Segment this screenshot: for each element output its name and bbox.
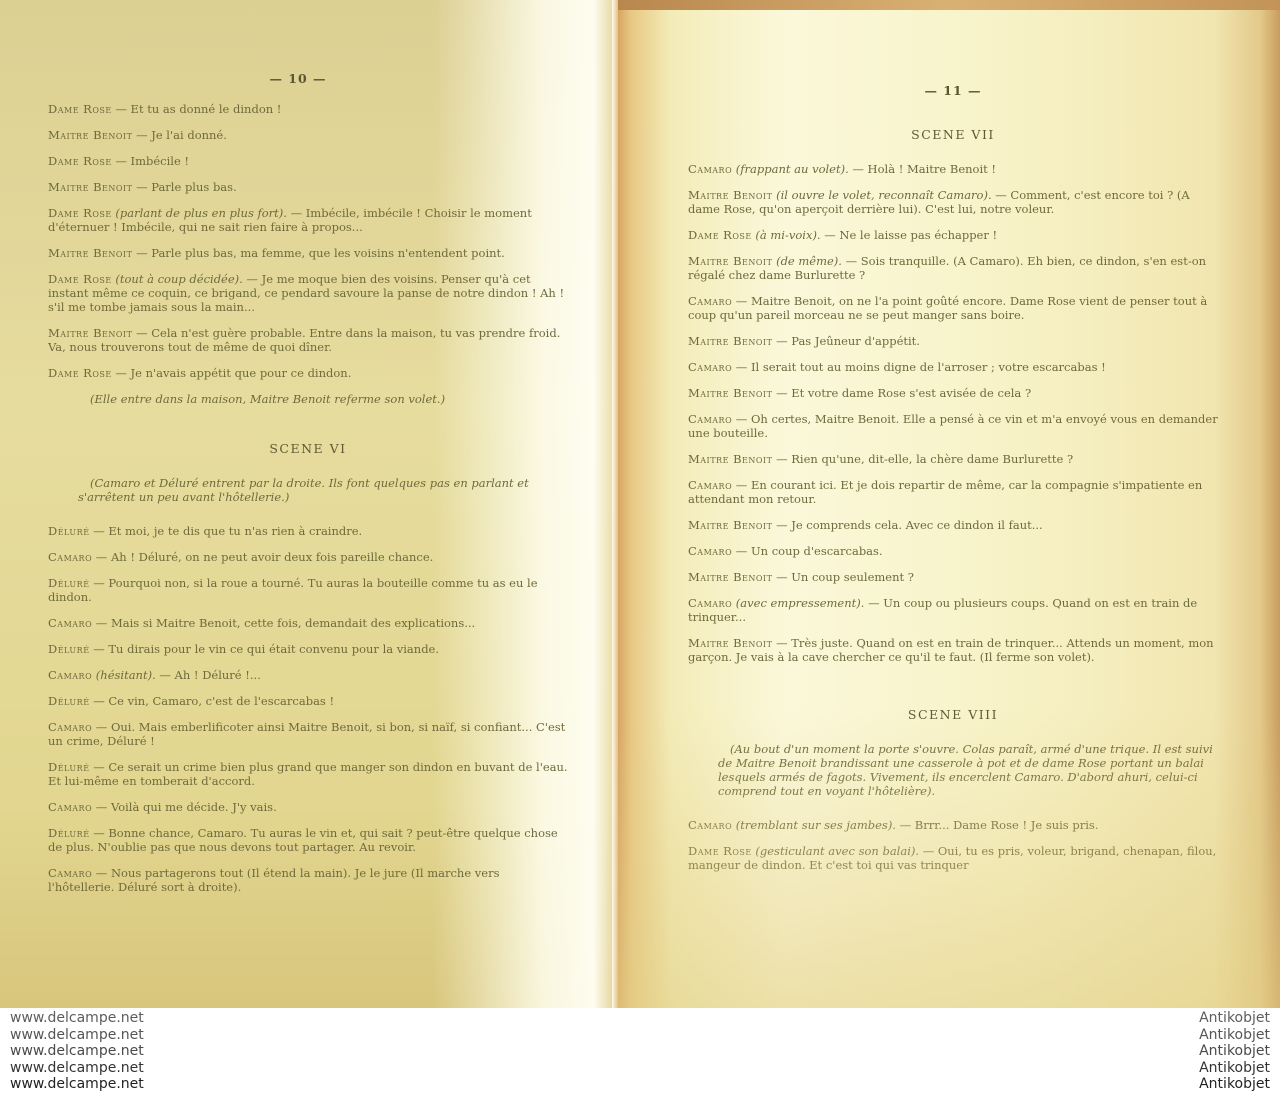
dialogue-line: Déluré — Pourquoi non, si la roue a tour… xyxy=(48,576,568,604)
speaker-name: Camaro xyxy=(48,668,92,682)
dialogue-line: Maitre Benoit — Parle plus bas, ma femme… xyxy=(48,246,568,260)
dialogue-line: Camaro — Voilà qui me décide. J'y vais. xyxy=(48,800,568,814)
dialogue-block: Déluré — Et moi, je te dis que tu n'as r… xyxy=(48,524,568,894)
dialogue-text: — Parle plus bas. xyxy=(136,180,237,194)
speaker-name: Maitre Benoit xyxy=(688,570,772,584)
dialogue-line: Dame Rose (tout à coup décidée). — Je me… xyxy=(48,272,568,314)
speaker-name: Maitre Benoit xyxy=(688,518,772,532)
speaker-name: Maitre Benoit xyxy=(688,334,772,348)
speaker-name: Déluré xyxy=(48,642,90,656)
stage-note: (tremblant sur ses jambes). xyxy=(736,818,896,832)
watermark-line: www.delcampe.net xyxy=(10,1010,144,1027)
book-photo: — 10 — Dame Rose — Et tu as donné le din… xyxy=(0,0,1280,1008)
antikobjet-watermark: AntikobjetAntikobjetAntikobjetAntikobjet… xyxy=(1199,1010,1270,1093)
speaker-name: Camaro xyxy=(688,596,732,610)
dialogue-text: — Parle plus bas, ma femme, que les vois… xyxy=(136,246,505,260)
dialogue-text: — Rien qu'une, dit-elle, la chère dame B… xyxy=(776,452,1073,466)
dialogue-line: Dame Rose — Je n'avais appétit que pour … xyxy=(48,366,568,380)
dialogue-line: Maitre Benoit (il ouvre le volet, reconn… xyxy=(688,188,1218,216)
dialogue-text: — Et votre dame Rose s'est avisée de cel… xyxy=(776,386,1031,400)
dialogue-text: — Tu dirais pour le vin ce qui était con… xyxy=(93,642,439,656)
dialogue-line: Dame Rose (gesticulant avec son balai). … xyxy=(688,844,1218,872)
dialogue-line: Maitre Benoit — Je l'ai donné. xyxy=(48,128,568,142)
watermark-line: Antikobjet xyxy=(1199,1076,1270,1093)
dialogue-line: Camaro (avec empressement). — Un coup ou… xyxy=(688,596,1218,624)
speaker-name: Dame Rose xyxy=(688,844,752,858)
scene-direction: (Au bout d'un moment la porte s'ouvre. C… xyxy=(718,742,1218,798)
dialogue-line: Déluré — Bonne chance, Camaro. Tu auras … xyxy=(48,826,568,854)
stage-note: (avec empressement). xyxy=(736,596,865,610)
speaker-name: Camaro xyxy=(48,550,92,564)
watermark-line: www.delcampe.net xyxy=(10,1043,144,1060)
speaker-name: Déluré xyxy=(48,694,90,708)
speaker-name: Déluré xyxy=(48,826,90,840)
speaker-name: Maitre Benoit xyxy=(48,246,132,260)
dialogue-text: — Ce serait un crime bien plus grand que… xyxy=(48,760,568,788)
watermark-line: Antikobjet xyxy=(1199,1027,1270,1044)
speaker-name: Camaro xyxy=(48,866,92,880)
dialogue-text: — Holà ! Maitre Benoit ! xyxy=(852,162,996,176)
speaker-name: Dame Rose xyxy=(48,206,112,220)
stage-note: (tout à coup décidée). xyxy=(115,272,242,286)
dialogue-line: Dame Rose — Imbécile ! xyxy=(48,154,568,168)
speaker-name: Camaro xyxy=(688,162,732,176)
speaker-name: Déluré xyxy=(48,524,90,538)
dialogue-text: — Je comprends cela. Avec ce dindon il f… xyxy=(776,518,1043,532)
speaker-name: Dame Rose xyxy=(48,102,112,116)
dialogue-text: — Nous partagerons tout (Il étend la mai… xyxy=(48,866,500,894)
dialogue-line: Maitre Benoit — Cela n'est guère probabl… xyxy=(48,326,568,354)
dialogue-line: Camaro — Il serait tout au moins digne d… xyxy=(688,360,1218,374)
dialogue-line: Camaro — Maitre Benoit, on ne l'a point … xyxy=(688,294,1218,322)
dialogue-line: Maitre Benoit — Et votre dame Rose s'est… xyxy=(688,386,1218,400)
dialogue-text: — Oh certes, Maitre Benoit. Elle a pensé… xyxy=(688,412,1218,440)
watermark-strip: www.delcampe.netwww.delcampe.netwww.delc… xyxy=(0,1008,1280,1094)
dialogue-line: Camaro — Ah ! Déluré, on ne peut avoir d… xyxy=(48,550,568,564)
dialogue-text: — Maitre Benoit, on ne l'a point goûté e… xyxy=(688,294,1207,322)
stage-note: (hésitant). xyxy=(96,668,156,682)
dialogue-text: — Je l'ai donné. xyxy=(136,128,227,142)
speaker-name: Maitre Benoit xyxy=(688,386,772,400)
dialogue-line: Déluré — Tu dirais pour le vin ce qui ét… xyxy=(48,642,568,656)
speaker-name: Déluré xyxy=(48,576,90,590)
speaker-name: Maitre Benoit xyxy=(48,326,132,340)
speaker-name: Dame Rose xyxy=(688,228,752,242)
speaker-name: Maitre Benoit xyxy=(48,128,132,142)
dialogue-text: — Bonne chance, Camaro. Tu auras le vin … xyxy=(48,826,558,854)
watermark-line: Antikobjet xyxy=(1199,1060,1270,1077)
left-page: — 10 — Dame Rose — Et tu as donné le din… xyxy=(0,0,618,1008)
dialogue-line: Maitre Benoit (de même). — Sois tranquil… xyxy=(688,254,1218,282)
dialogue-line: Camaro — Nous partagerons tout (Il étend… xyxy=(48,866,568,894)
speaker-name: Camaro xyxy=(688,294,732,308)
speaker-name: Maitre Benoit xyxy=(688,254,772,268)
dialogue-block: Camaro (frappant au volet). — Holà ! Mai… xyxy=(688,162,1218,664)
scene-title: SCENE VI xyxy=(48,442,568,456)
dialogue-text: — Mais si Maitre Benoit, cette fois, dem… xyxy=(96,616,475,630)
dialogue-line: Maitre Benoit — Un coup seulement ? xyxy=(688,570,1218,584)
speaker-name: Maitre Benoit xyxy=(48,180,132,194)
dialogue-line: Camaro (hésitant). — Ah ! Déluré !... xyxy=(48,668,568,682)
speaker-name: Camaro xyxy=(688,478,732,492)
dialogue-line: Dame Rose (parlant de plus en plus fort)… xyxy=(48,206,568,234)
stage-note: (frappant au volet). xyxy=(736,162,849,176)
speaker-name: Déluré xyxy=(48,760,90,774)
dialogue-text: — Brrr... Dame Rose ! Je suis pris. xyxy=(900,818,1099,832)
dialogue-line: Maitre Benoit — Très juste. Quand on est… xyxy=(688,636,1218,664)
watermark-line: Antikobjet xyxy=(1199,1010,1270,1027)
dialogue-text: — Ne le laisse pas échapper ! xyxy=(824,228,997,242)
dialogue-line: Maitre Benoit — Rien qu'une, dit-elle, l… xyxy=(688,452,1218,466)
dialogue-block: Camaro (tremblant sur ses jambes). — Brr… xyxy=(688,818,1218,872)
dialogue-line: Dame Rose — Et tu as donné le dindon ! xyxy=(48,102,568,116)
dialogue-block: Dame Rose — Et tu as donné le dindon !Ma… xyxy=(48,102,568,380)
stage-note: (il ouvre le volet, reconnaît Camaro). xyxy=(776,188,992,202)
dialogue-text: — Imbécile ! xyxy=(115,154,189,168)
dialogue-line: Camaro (tremblant sur ses jambes). — Brr… xyxy=(688,818,1218,832)
speaker-name: Camaro xyxy=(688,818,732,832)
scene-title: SCENE VII xyxy=(688,128,1218,142)
dialogue-line: Dame Rose (à mi-voix). — Ne le laisse pa… xyxy=(688,228,1218,242)
dialogue-line: Camaro — Un coup d'escarcabas. xyxy=(688,544,1218,558)
watermark-line: www.delcampe.net xyxy=(10,1060,144,1077)
speaker-name: Camaro xyxy=(48,720,92,734)
left-page-content: — 10 — Dame Rose — Et tu as donné le din… xyxy=(48,72,568,906)
dialogue-text: — Ce vin, Camaro, c'est de l'escarcabas … xyxy=(93,694,334,708)
dialogue-text: — Pas Jeûneur d'appétit. xyxy=(776,334,920,348)
speaker-name: Dame Rose xyxy=(48,366,112,380)
stage-direction: (Elle entre dans la maison, Maitre Benoi… xyxy=(78,392,568,406)
watermark-line: www.delcampe.net xyxy=(10,1027,144,1044)
stage-note: (gesticulant avec son balai). xyxy=(755,844,919,858)
speaker-name: Camaro xyxy=(688,544,732,558)
right-page: — 11 — SCENE VII Camaro (frappant au vol… xyxy=(618,0,1280,1008)
dialogue-text: — Ah ! Déluré !... xyxy=(159,668,260,682)
dialogue-text: — Un coup seulement ? xyxy=(776,570,914,584)
dialogue-line: Camaro — En courant ici. Et je dois repa… xyxy=(688,478,1218,506)
delcampe-watermark: www.delcampe.netwww.delcampe.netwww.delc… xyxy=(10,1010,144,1093)
speaker-name: Camaro xyxy=(688,360,732,374)
page-number: — 10 — xyxy=(28,72,568,86)
dialogue-text: — En courant ici. Et je dois repartir de… xyxy=(688,478,1202,506)
speaker-name: Camaro xyxy=(48,800,92,814)
right-page-content: — 11 — SCENE VII Camaro (frappant au vol… xyxy=(688,84,1218,884)
dialogue-text: — Et tu as donné le dindon ! xyxy=(115,102,281,116)
dialogue-text: — Oui. Mais emberlificoter ainsi Maitre … xyxy=(48,720,565,748)
dialogue-text: — Pourquoi non, si la roue a tourné. Tu … xyxy=(48,576,538,604)
scene-direction: (Camaro et Déluré entrent par la droite.… xyxy=(78,476,568,504)
speaker-name: Camaro xyxy=(688,412,732,426)
dialogue-line: Camaro — Oh certes, Maitre Benoit. Elle … xyxy=(688,412,1218,440)
dialogue-line: Déluré — Et moi, je te dis que tu n'as r… xyxy=(48,524,568,538)
speaker-name: Dame Rose xyxy=(48,272,112,286)
speaker-name: Maitre Benoit xyxy=(688,452,772,466)
stage-note: (parlant de plus en plus fort). xyxy=(115,206,287,220)
dialogue-text: — Ah ! Déluré, on ne peut avoir deux foi… xyxy=(96,550,434,564)
speaker-name: Dame Rose xyxy=(48,154,112,168)
dialogue-text: — Il serait tout au moins digne de l'arr… xyxy=(736,360,1106,374)
speaker-name: Maitre Benoit xyxy=(688,636,772,650)
dialogue-line: Camaro — Mais si Maitre Benoit, cette fo… xyxy=(48,616,568,630)
dialogue-text: — Voilà qui me décide. J'y vais. xyxy=(96,800,277,814)
page-number: — 11 — xyxy=(688,84,1218,98)
dialogue-line: Déluré — Ce serait un crime bien plus gr… xyxy=(48,760,568,788)
watermark-line: www.delcampe.net xyxy=(10,1076,144,1093)
stage-note: (de même). xyxy=(776,254,842,268)
dialogue-line: Camaro (frappant au volet). — Holà ! Mai… xyxy=(688,162,1218,176)
dialogue-text: — Un coup d'escarcabas. xyxy=(736,544,883,558)
dialogue-line: Maitre Benoit — Parle plus bas. xyxy=(48,180,568,194)
dialogue-line: Déluré — Ce vin, Camaro, c'est de l'esca… xyxy=(48,694,568,708)
dialogue-line: Camaro — Oui. Mais emberlificoter ainsi … xyxy=(48,720,568,748)
watermark-line: Antikobjet xyxy=(1199,1043,1270,1060)
dialogue-line: Maitre Benoit — Je comprends cela. Avec … xyxy=(688,518,1218,532)
scene-title: SCENE VIII xyxy=(688,708,1218,722)
speaker-name: Camaro xyxy=(48,616,92,630)
stage-note: (à mi-voix). xyxy=(755,228,820,242)
speaker-name: Maitre Benoit xyxy=(688,188,772,202)
dialogue-text: — Et moi, je te dis que tu n'as rien à c… xyxy=(93,524,362,538)
dialogue-text: — Je n'avais appétit que pour ce dindon. xyxy=(115,366,351,380)
dialogue-line: Maitre Benoit — Pas Jeûneur d'appétit. xyxy=(688,334,1218,348)
